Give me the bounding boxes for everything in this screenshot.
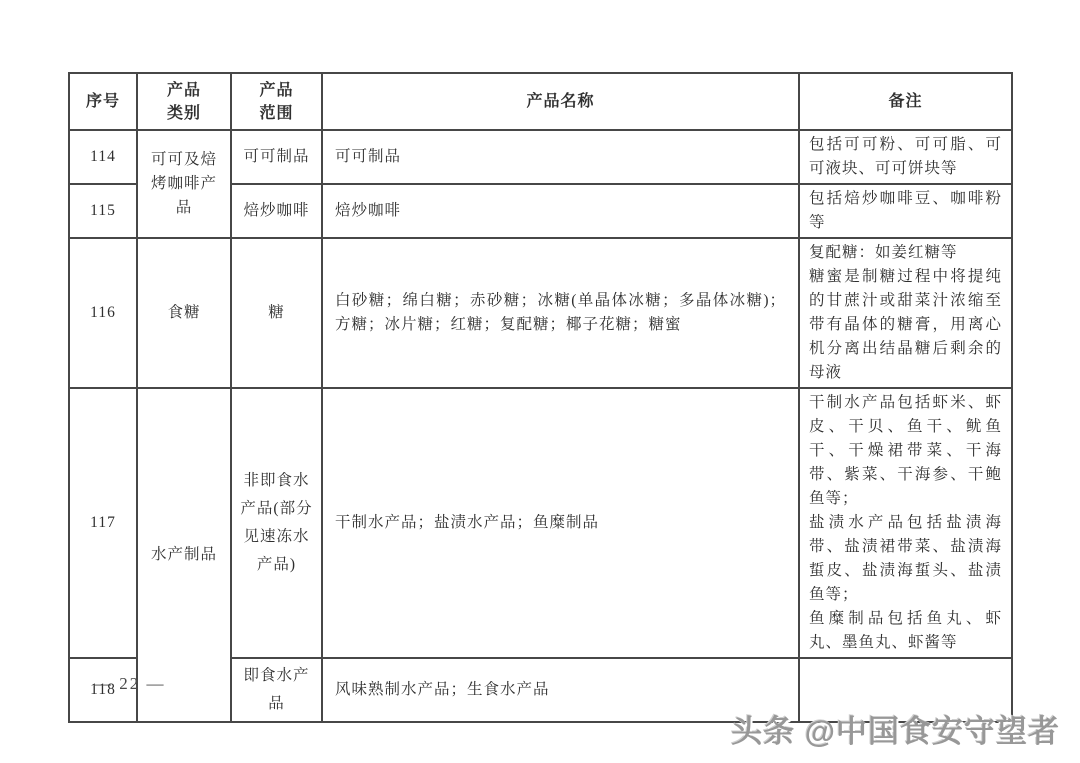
cell-name: 白砂糖；绵白糖；赤砂糖；冰糖(单晶体冰糖；多晶体冰糖)；方糖；冰片糖；红糖；复配… — [322, 238, 799, 388]
table-header-row: 序号 产品 类别 产品 范围 产品名称 备注 — [69, 73, 1012, 130]
cell-remark: 包括可可粉、可可脂、可可液块、可可饼块等 — [799, 130, 1012, 184]
cell-name: 可可制品 — [322, 130, 799, 184]
table-row: 117 水产制品 非即食水产品(部分见速冻水产品) 干制水产品；盐渍水产品；鱼糜… — [69, 388, 1012, 658]
cell-name: 干制水产品；盐渍水产品；鱼糜制品 — [322, 388, 799, 658]
cell-name: 风味熟制水产品；生食水产品 — [322, 658, 799, 722]
cell-category: 可可及焙烤咖啡产品 — [137, 130, 231, 238]
cell-remark: 复配糖：如姜红糖等 糖蜜是制糖过程中将提纯的甘蔗汁或甜菜汁浓缩至带有晶体的糖膏，… — [799, 238, 1012, 388]
cell-scope: 糖 — [231, 238, 322, 388]
header-no: 序号 — [69, 73, 137, 130]
watermark-text: 头条 @中国食安守望者 — [731, 706, 1060, 751]
cell-category: 食糖 — [137, 238, 231, 388]
cell-category: 水产制品 — [137, 388, 231, 722]
cell-no: 114 — [69, 130, 137, 184]
cell-remark: 干制水产品包括虾米、虾皮、干贝、鱼干、鱿鱼干、干燥裙带菜、干海带、紫菜、干海参、… — [799, 388, 1012, 658]
cell-remark: 包括焙炒咖啡豆、咖啡粉等 — [799, 184, 1012, 238]
cell-no: 116 — [69, 238, 137, 388]
header-category: 产品 类别 — [137, 73, 231, 130]
cell-name: 焙炒咖啡 — [322, 184, 799, 238]
page-number: — 22 — — [94, 674, 166, 694]
header-remark: 备注 — [799, 73, 1012, 130]
cell-scope: 即食水产品 — [231, 658, 322, 722]
cell-no: 117 — [69, 388, 137, 658]
cell-scope: 焙炒咖啡 — [231, 184, 322, 238]
product-table: 序号 产品 类别 产品 范围 产品名称 备注 114 可可及焙烤咖啡产品 可可制… — [68, 72, 1013, 723]
header-name: 产品名称 — [322, 73, 799, 130]
header-scope: 产品 范围 — [231, 73, 322, 130]
table-row: 116 食糖 糖 白砂糖；绵白糖；赤砂糖；冰糖(单晶体冰糖；多晶体冰糖)；方糖；… — [69, 238, 1012, 388]
cell-scope: 可可制品 — [231, 130, 322, 184]
cell-no: 115 — [69, 184, 137, 238]
document-page: 序号 产品 类别 产品 范围 产品名称 备注 114 可可及焙烤咖啡产品 可可制… — [0, 0, 1080, 763]
cell-scope: 非即食水产品(部分见速冻水产品) — [231, 388, 322, 658]
table-row: 114 可可及焙烤咖啡产品 可可制品 可可制品 包括可可粉、可可脂、可可液块、可… — [69, 130, 1012, 184]
